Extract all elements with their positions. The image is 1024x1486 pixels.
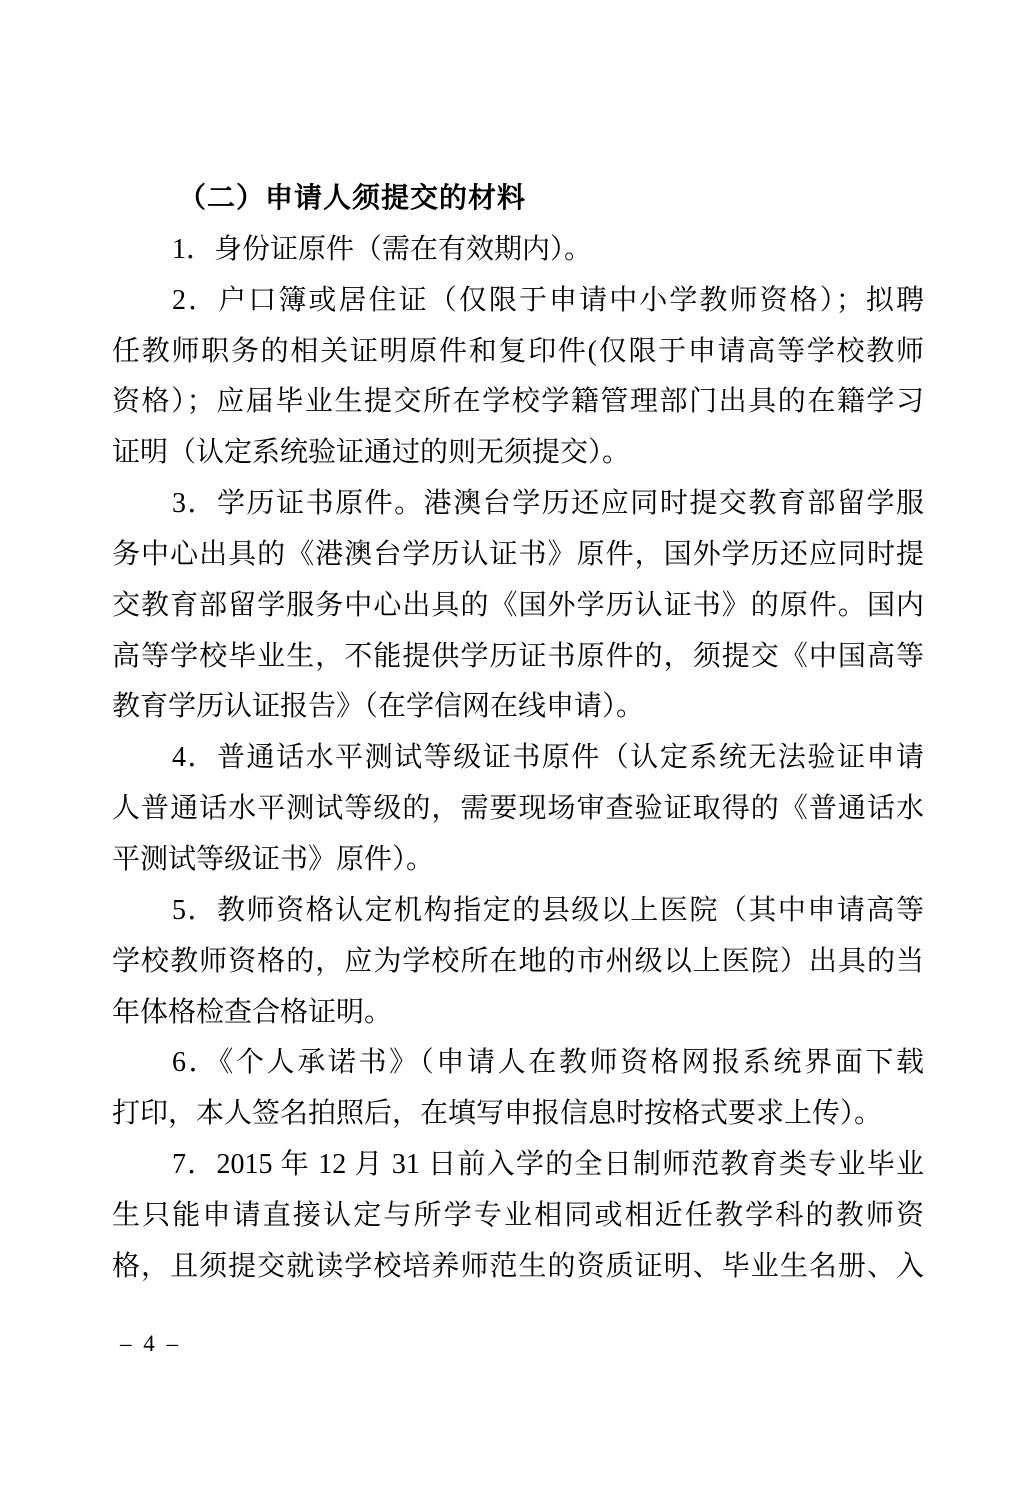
paragraph-5-line: 5．教师资格认定机构指定的县级以上医院（其中申请高等 <box>112 886 924 937</box>
paragraph-7-line: 格，且须提交就读学校培养师范生的资质证明、毕业生名册、入 <box>112 1242 924 1293</box>
paragraph-6-line: 6．《个人承诺书》（申请人在教师资格网报系统界面下载 <box>112 1038 924 1089</box>
paragraph-2-line: 证明（认定系统验证通过的则无须提交）。 <box>112 428 924 479</box>
paragraph-6-line: 打印，本人签名拍照后，在填写申报信息时按格式要求上传）。 <box>112 1089 924 1140</box>
paragraph-4-line: 4．普通话水平测试等级证书原件（认定系统无法验证申请 <box>112 733 924 784</box>
page-number: – 4 – <box>120 1330 181 1358</box>
paragraph-5-line: 年体格检查合格证明。 <box>112 988 924 1039</box>
paragraph-2-line: 资格）；应届毕业生提交所在学校学籍管理部门出具的在籍学习 <box>112 377 924 428</box>
document-page: （二）申请人须提交的材料 1．身份证原件（需在有效期内）。 2．户口簿或居住证（… <box>0 0 1024 1486</box>
paragraph-3-line: 教育学历认证报告》（在学信网在线申请）。 <box>112 682 924 733</box>
paragraph-7-line: 7．2015 年 12 月 31 日前入学的全日制师范教育类专业毕业 <box>112 1140 924 1191</box>
paragraph-1-line: 1．身份证原件（需在有效期内）。 <box>112 225 924 276</box>
paragraph-2-line: 2．户口簿或居住证（仅限于申请中小学教师资格）；拟聘 <box>112 276 924 327</box>
paragraph-2-line: 任教师职务的相关证明原件和复印件(仅限于申请高等学校教师 <box>112 327 924 378</box>
paragraph-3-line: 3．学历证书原件。港澳台学历还应同时提交教育部留学服 <box>112 479 924 530</box>
document-body: （二）申请人须提交的材料 1．身份证原件（需在有效期内）。 2．户口簿或居住证（… <box>112 174 924 1293</box>
paragraph-3-line: 交教育部留学服务中心出具的《国外学历认证书》的原件。国内 <box>112 581 924 632</box>
paragraph-5-line: 学校教师资格的，应为学校所在地的市州级以上医院）出具的当 <box>112 937 924 988</box>
paragraph-3-line: 高等学校毕业生，不能提供学历证书原件的，须提交《中国高等 <box>112 632 924 683</box>
paragraph-3-line: 务中心出具的《港澳台学历认证书》原件，国外学历还应同时提 <box>112 530 924 581</box>
paragraph-4-line: 人普通话水平测试等级的，需要现场审查验证取得的《普通话水 <box>112 784 924 835</box>
paragraph-7-line: 生只能申请直接认定与所学专业相同或相近任教学科的教师资 <box>112 1191 924 1242</box>
section-heading: （二）申请人须提交的材料 <box>112 174 924 225</box>
paragraph-4-line: 平测试等级证书》原件）。 <box>112 835 924 886</box>
